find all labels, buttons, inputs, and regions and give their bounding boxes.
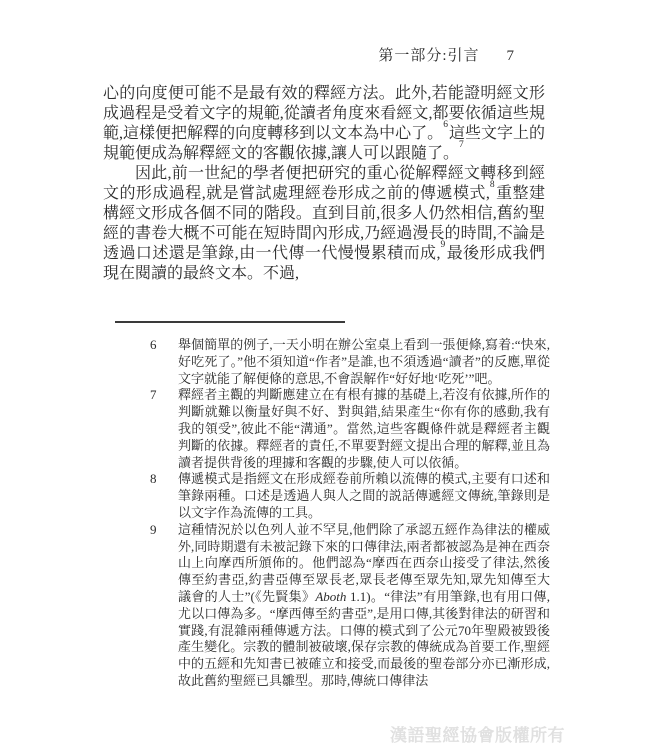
footnotes: 6舉個簡單的例子,一天小明在辦公室桌上看到一張便條,寫着:“快來,好吃死了。”他… <box>150 337 550 690</box>
copyright-watermark: 漢語聖經協會版權所有 <box>390 721 565 746</box>
text-run: 舉個簡單的例子,一天小明在辦公室桌上看到一張便條,寫着:“快來,好吃死了。”他不… <box>178 337 550 386</box>
footnote-number: 7 <box>150 387 178 471</box>
footnote-text: 這種情況於以色列人並不罕見,他們除了承認五經作為律法的權威外,同時期還有未被記錄… <box>178 522 550 690</box>
text-run: Aboth <box>315 589 346 604</box>
footnote-number: 6 <box>150 337 178 387</box>
footnote-ref: 8 <box>490 180 495 190</box>
footnote: 7釋經者主觀的判斷應建立在有根有據的基礎上,若沒有依據,所作的判斷就難以衡量好與… <box>150 387 550 471</box>
footnote-number: 8 <box>150 471 178 521</box>
footnote: 6舉個簡單的例子,一天小明在辦公室桌上看到一張便條,寫着:“快來,好吃死了。”他… <box>150 337 550 387</box>
footnote-text: 傳遞模式是指經文在形成經卷前所賴以流傳的模式,主要有口述和筆錄兩種。口述是透過人… <box>178 471 550 521</box>
footnote: 8傳遞模式是指經文在形成經卷前所賴以流傳的模式,主要有口述和筆錄兩種。口述是透過… <box>150 471 550 521</box>
body-text: 心的向度便可能不是最有效的釋經方法。此外,若能證明經文形成過程是受着文字的規範,… <box>103 84 545 284</box>
footnote-number: 9 <box>150 522 178 690</box>
page-number: 7 <box>507 48 515 65</box>
book-page: 第一部分:引言 7 心的向度便可能不是最有效的釋經方法。此外,若能證明經文形成過… <box>0 0 650 750</box>
footnote-text: 釋經者主觀的判斷應建立在有根有據的基礎上,若沒有依據,所作的判斷就難以衡量好與不… <box>178 387 550 471</box>
text-run: 傳遞模式是指經文在形成經卷前所賴以流傳的模式,主要有口述和筆錄兩種。口述是透過人… <box>178 471 550 520</box>
section-title: 第一部分:引言 <box>378 44 479 65</box>
text-run: 因此,前一世紀的學者便把研究的重心從解釋經文轉移到經文的形成過程,就是嘗試處理經… <box>103 165 545 202</box>
footnote-ref: 9 <box>441 240 446 250</box>
paragraph: 因此,前一世紀的學者便把研究的重心從解釋經文轉移到經文的形成過程,就是嘗試處理經… <box>103 164 545 284</box>
paragraph: 心的向度便可能不是最有效的釋經方法。此外,若能證明經文形成過程是受着文字的規範,… <box>103 84 545 164</box>
footnote-ref: 6 <box>443 120 448 130</box>
text-run: 釋經者主觀的判斷應建立在有根有據的基礎上,若沒有依據,所作的判斷就難以衡量好與不… <box>178 387 550 469</box>
footnote-ref: 7 <box>459 140 464 150</box>
footnote-separator-rule <box>115 321 345 323</box>
running-header: 第一部分:引言 7 <box>103 44 545 65</box>
footnote-text: 舉個簡單的例子,一天小明在辦公室桌上看到一張便條,寫着:“快來,好吃死了。”他不… <box>178 337 550 387</box>
footnote: 9這種情況於以色列人並不罕見,他們除了承認五經作為律法的權威外,同時期還有未被記… <box>150 522 550 690</box>
